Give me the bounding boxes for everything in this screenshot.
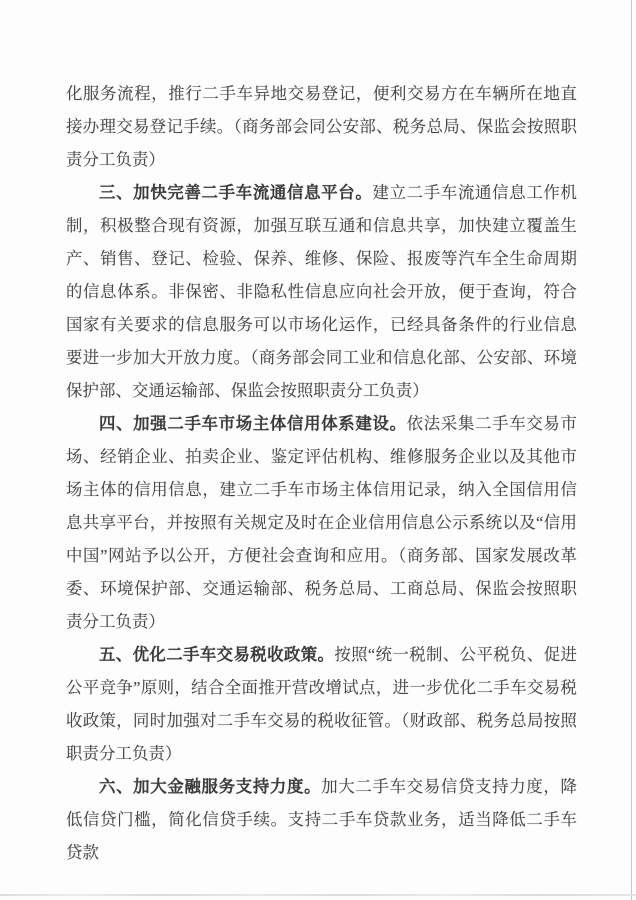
paragraph: 三、加快完善二手车流通信息平台。建立二手车流通信息工作机制，积极整合现有资源，加…: [66, 176, 577, 407]
scan-edge-right: [631, 0, 632, 900]
paragraph-text: 建立二手车流通信息工作机制，积极整合现有资源，加强互联互通和信息共享，加快建立覆…: [66, 183, 577, 400]
scanned-document: { "page": { "background_color": "#fdfdfe…: [0, 0, 636, 900]
section-heading: 五、优化二手车交易税收政策。: [99, 645, 334, 664]
paragraph: 五、优化二手车交易税收政策。按照“统一税制、公平税负、促进公平竞争”原则，结合全…: [66, 638, 577, 770]
scan-edge-bottom: [0, 894, 636, 896]
paragraph-text: 依法采集二手车交易市场、经销企业、拍卖企业、鉴定评估机构、维修服务企业以及其他市…: [66, 414, 577, 631]
document-page: 化服务流程，推行二手车异地交易登记，便利交易方在车辆所在地直接办理交易登记手续。…: [0, 0, 636, 900]
paragraph-text: 化服务流程，推行二手车异地交易登记，便利交易方在车辆所在地直接办理交易登记手续。…: [66, 84, 577, 169]
document-body: 化服务流程，推行二手车异地交易登记，便利交易方在车辆所在地直接办理交易登记手续。…: [66, 77, 577, 869]
section-heading: 四、加强二手车市场主体信用体系建设。: [99, 414, 407, 433]
paragraph: 化服务流程，推行二手车异地交易登记，便利交易方在车辆所在地直接办理交易登记手续。…: [66, 77, 577, 176]
paragraph: 四、加强二手车市场主体信用体系建设。依法采集二手车交易市场、经销企业、拍卖企业、…: [66, 407, 577, 638]
section-heading: 六、加大金融服务支持力度。: [99, 777, 321, 796]
section-heading: 三、加快完善二手车流通信息平台。: [99, 183, 372, 202]
paragraph: 六、加大金融服务支持力度。加大二手车交易信贷支持力度，降低信贷门槛，简化信贷手续…: [66, 770, 577, 869]
